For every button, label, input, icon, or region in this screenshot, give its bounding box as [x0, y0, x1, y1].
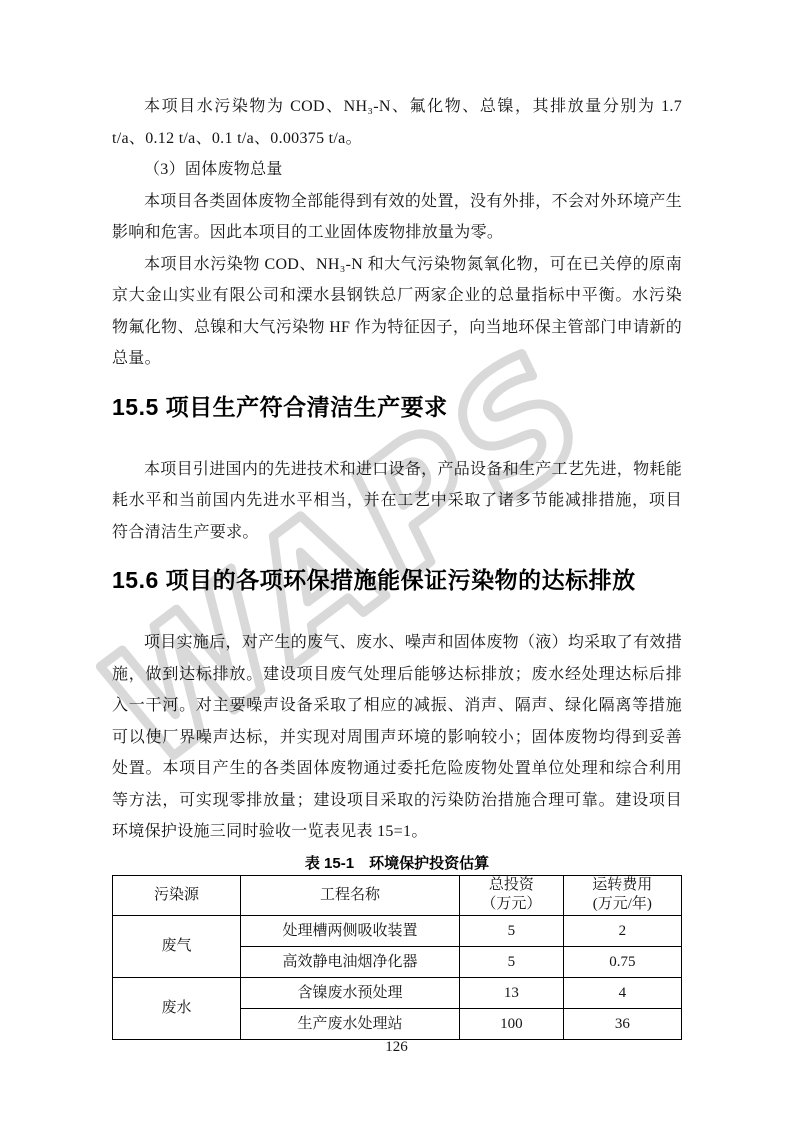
page-number: 126 — [0, 1038, 793, 1056]
environmental-investment-table: 污染源 工程名称 总投资 （万元） 运转费用 (万元/年) 废气 处理槽两侧吸收… — [112, 875, 682, 1040]
cell-source-waste-water: 废水 — [113, 977, 241, 1039]
cell-project-name: 处理槽两侧吸收装置 — [241, 915, 460, 946]
subheading-solid-waste-total: （3）固体废物总量 — [112, 154, 682, 186]
cell-operating-cost: 36 — [563, 1008, 681, 1039]
cell-operating-cost: 4 — [563, 977, 681, 1008]
table-caption: 表 15-1 环境保护投资估算 — [112, 856, 682, 872]
header-pollution-source: 污染源 — [113, 875, 241, 915]
paragraph-water-pollutants: 本项目水污染物为 COD、NH₃-N、氟化物、总镍，其排放量分别为 1.7 t/… — [112, 91, 682, 154]
cell-investment: 13 — [460, 977, 564, 1008]
paragraph-solid-waste: 本项目各类固体废物全部能得到有效的处置，没有外排，不会对外环境产生影响和危害。因… — [112, 186, 682, 249]
paragraph-15-5-body: 本项目引进国内的先进技术和进口设备，产品设备和生产工艺先进，物耗能耗水平和当前国… — [112, 454, 682, 549]
table-row: 废水 含镍废水预处理 13 4 — [113, 977, 682, 1008]
table-header-row: 污染源 工程名称 总投资 （万元） 运转费用 (万元/年) — [113, 875, 682, 915]
cell-operating-cost: 0.75 — [563, 946, 681, 977]
section-title-15-5: 15.5 项目生产符合清洁生产要求 — [112, 393, 682, 421]
section-title-15-6: 15.6 项目的各项环保措施能保证污染物的达标排放 — [112, 566, 682, 594]
cell-project-name: 含镍废水预处理 — [241, 977, 460, 1008]
cell-project-name: 生产废水处理站 — [241, 1008, 460, 1039]
header-operating-cost: 运转费用 (万元/年) — [563, 875, 681, 915]
table-row: 废气 处理槽两侧吸收装置 5 2 — [113, 915, 682, 946]
cell-source-waste-gas: 废气 — [113, 915, 241, 977]
header-project-name: 工程名称 — [241, 875, 460, 915]
page-content: 本项目水污染物为 COD、NH₃-N、氟化物、总镍，其排放量分别为 1.7 t/… — [112, 91, 682, 1040]
paragraph-15-6-body: 项目实施后，对产生的废气、废水、噪声和固体废物（液）均采取了有效措施，做到达标排… — [112, 627, 682, 848]
document-page: WAPS 本项目水污染物为 COD、NH₃-N、氟化物、总镍，其排放量分别为 1… — [0, 0, 793, 1122]
cell-project-name: 高效静电油烟净化器 — [241, 946, 460, 977]
header-total-investment: 总投资 （万元） — [460, 875, 564, 915]
cell-investment: 100 — [460, 1008, 564, 1039]
cell-investment: 5 — [460, 915, 564, 946]
paragraph-total-quota: 本项目水污染物 COD、NH₃-N 和大气污染物氮氧化物，可在已关停的原南京大金… — [112, 249, 682, 375]
cell-investment: 5 — [460, 946, 564, 977]
cell-operating-cost: 2 — [563, 915, 681, 946]
